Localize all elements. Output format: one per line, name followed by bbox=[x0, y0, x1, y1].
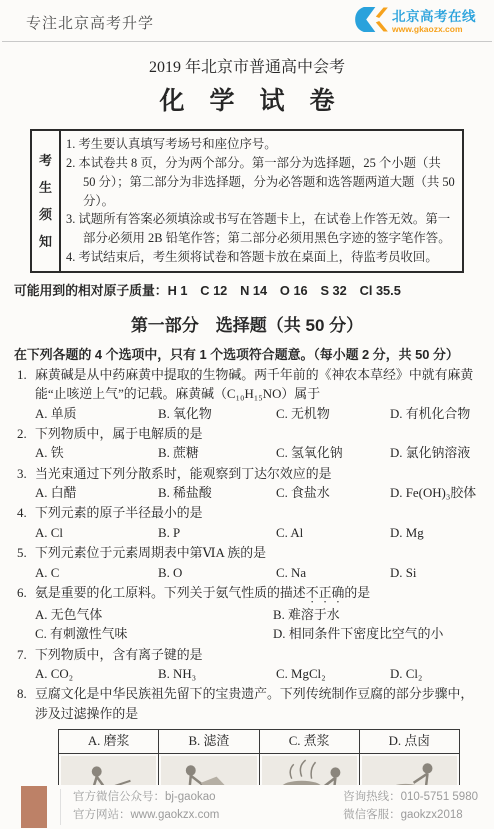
notice-item: 3. 试题所有答案必须填涂或书写在答题卡上，在试卷上作答无效。第一部分必须用 2… bbox=[66, 210, 456, 248]
option: A. C bbox=[35, 564, 158, 583]
footer-accent-square bbox=[21, 786, 47, 828]
question-options: A. 单质 B. 氧化物 C. 无机物 D. 有机化合物 bbox=[14, 405, 486, 424]
brand-url: www.gkaozx.com bbox=[392, 25, 476, 34]
tofu-step-header: B. 滤渣 bbox=[159, 730, 259, 754]
question-stem: 8.豆腐文化是中华民族祖先留下的宝贵遗产。下列传统制作豆腐的部分步骤中，涉及过滤… bbox=[14, 685, 486, 724]
option: B. 稀盐酸 bbox=[158, 484, 276, 503]
question-1: 1.麻黄碱是从中药麻黄中提取的生物碱。两千年前的《神农本草经》中就有麻黄能“止咳… bbox=[14, 366, 486, 424]
question-options: A. 无色气体 B. 难溶于水 C. 有刺激性气味 D. 相同条件下密度比空气的… bbox=[14, 606, 486, 645]
notice-item: 4. 考试结束后，考生须将试卷和答题卡放在桌面上，待监考员收回。 bbox=[66, 248, 456, 267]
site-header: 专注北京高考升学 北京高考在线 www.gkaozx.com bbox=[2, 0, 492, 42]
question-stem: 4.下列元素的原子半径最小的是 bbox=[14, 504, 486, 523]
question-3: 3.当光束通过下列分散系时，能观察到丁达尔效应的是 A. 白醋 B. 稀盐酸 C… bbox=[14, 465, 486, 504]
emphasized-text: 不正确 bbox=[306, 586, 345, 600]
option: C. MgCl₂ bbox=[276, 665, 390, 684]
question-options: A. CO₂ B. NH₃ C. MgCl₂ D. Cl₂ bbox=[14, 665, 486, 684]
question-options: A. C B. O C. Na D. Si bbox=[14, 564, 486, 583]
option: D. 有机化合物 bbox=[390, 405, 486, 424]
tofu-step-header: C. 煮浆 bbox=[259, 730, 359, 754]
question-stem: 5.下列元素位于元素周期表中第ⅥA 族的是 bbox=[14, 544, 486, 563]
option: B. 氧化物 bbox=[158, 405, 276, 424]
question-5: 5.下列元素位于元素周期表中第ⅥA 族的是 A. C B. O C. Na D.… bbox=[14, 544, 486, 583]
option: D. 氯化钠溶液 bbox=[390, 444, 486, 463]
option: D. Si bbox=[390, 564, 486, 583]
footer-hotline: 咨询热线：010-5751 5980 bbox=[343, 789, 478, 807]
footer-wechat-service: 微信客服：gaokzx2018 bbox=[343, 807, 478, 825]
option: A. Cl bbox=[35, 524, 158, 543]
question-list: 1.麻黄碱是从中药麻黄中提取的生物碱。两千年前的《神农本草经》中就有麻黄能“止咳… bbox=[14, 366, 486, 825]
option: B. 蔗糖 bbox=[158, 444, 276, 463]
question-stem: 3.当光束通过下列分散系时，能观察到丁达尔效应的是 bbox=[14, 465, 486, 484]
tofu-step-header: A. 磨浆 bbox=[59, 730, 159, 754]
option: B. NH₃ bbox=[158, 665, 276, 684]
header-slogan: 专注北京高考升学 bbox=[26, 12, 154, 33]
footer-left-column: 官方微信公众号：bj-gaokao 官方网站：www.gaokzx.com bbox=[60, 789, 219, 825]
notice-list: 1. 考生要认真填写考场号和座位序号。 2. 本试卷共 8 页，分为两个部分。第… bbox=[61, 131, 462, 271]
question-stem: 1.麻黄碱是从中药麻黄中提取的生物碱。两千年前的《神农本草经》中就有麻黄能“止咳… bbox=[14, 366, 486, 405]
option: D. Fe(OH)₃胶体 bbox=[390, 484, 486, 503]
option: D. Cl₂ bbox=[390, 665, 486, 684]
footer-website: 官方网站：www.gaokzx.com bbox=[73, 807, 219, 825]
brand-name: 北京高考在线 bbox=[392, 10, 476, 24]
option: C. Al bbox=[276, 524, 390, 543]
option: B. O bbox=[158, 564, 276, 583]
exam-year-title: 2019 年北京市普通高中会考 bbox=[0, 54, 494, 77]
question-options: A. 铁 B. 蔗糖 C. 氢氧化钠 D. 氯化钠溶液 bbox=[14, 444, 486, 463]
option: C. 有刺激性气味 bbox=[35, 625, 273, 644]
option: C. Na bbox=[276, 564, 390, 583]
atomic-mass-line: 可能用到的相对原子质量：H 1 C 12 N 14 O 16 S 32 Cl 3… bbox=[14, 280, 482, 299]
option: B. 难溶于水 bbox=[273, 606, 486, 625]
notice-item: 2. 本试卷共 8 页，分为两个部分。第一部分为选择题，25 个小题（共 50 … bbox=[66, 154, 456, 211]
part1-intro: 在下列各题的 4 个选项中，只有 1 个选项符合题意。（每小题 2 分，共 50… bbox=[14, 344, 484, 363]
option: A. CO₂ bbox=[35, 665, 158, 684]
notice-item: 1. 考生要认真填写考场号和座位序号。 bbox=[66, 135, 456, 154]
question-6: 6.氨是重要的化工原料。下列关于氨气性质的描述不正确的是 A. 无色气体 B. … bbox=[14, 584, 486, 645]
footer-wechat-public: 官方微信公众号：bj-gaokao bbox=[73, 789, 219, 807]
option: A. 铁 bbox=[35, 444, 158, 463]
question-options: A. Cl B. P C. Al D. Mg bbox=[14, 524, 486, 543]
gk-logo-icon bbox=[355, 7, 388, 37]
option: D. Mg bbox=[390, 524, 486, 543]
option: C. 食盐水 bbox=[276, 484, 390, 503]
notice-side-label: 考生须知 bbox=[32, 131, 61, 271]
question-options: A. 白醋 B. 稀盐酸 C. 食盐水 D. Fe(OH)₃胶体 bbox=[14, 484, 486, 503]
option: A. 白醋 bbox=[35, 484, 158, 503]
option: A. 无色气体 bbox=[35, 606, 273, 625]
brand-logo: 北京高考在线 www.gkaozx.com bbox=[355, 7, 476, 37]
exam-subject-title: 化 学 试 卷 bbox=[0, 81, 494, 117]
option: C. 氢氧化钠 bbox=[276, 444, 390, 463]
question-stem: 6.氨是重要的化工原料。下列关于氨气性质的描述不正确的是 bbox=[14, 584, 486, 606]
option: C. 无机物 bbox=[276, 405, 390, 424]
question-stem: 2.下列物质中，属于电解质的是 bbox=[14, 425, 486, 444]
question-7: 7.下列物质中，含有离子键的是 A. CO₂ B. NH₃ C. MgCl₂ D… bbox=[14, 646, 486, 685]
tofu-step-header: D. 点卤 bbox=[359, 730, 459, 754]
tofu-table-header-row: A. 磨浆 B. 滤渣 C. 煮浆 D. 点卤 bbox=[59, 730, 460, 754]
question-stem: 7.下列物质中，含有离子键的是 bbox=[14, 646, 486, 665]
option: A. 单质 bbox=[35, 405, 158, 424]
footer-right-column: 咨询热线：010-5751 5980 微信客服：gaokzx2018 bbox=[343, 789, 478, 825]
part1-heading: 第一部分 选择题（共 50 分） bbox=[0, 311, 494, 336]
site-footer: 官方微信公众号：bj-gaokao 官方网站：www.gaokzx.com 咨询… bbox=[0, 785, 494, 829]
option: D. 相同条件下密度比空气的小 bbox=[273, 625, 486, 644]
question-4: 4.下列元素的原子半径最小的是 A. Cl B. P C. Al D. Mg bbox=[14, 504, 486, 543]
notice-box: 考生须知 1. 考生要认真填写考场号和座位序号。 2. 本试卷共 8 页，分为两… bbox=[30, 129, 464, 273]
option: B. P bbox=[158, 524, 276, 543]
question-2: 2.下列物质中，属于电解质的是 A. 铁 B. 蔗糖 C. 氢氧化钠 D. 氯化… bbox=[14, 425, 486, 464]
